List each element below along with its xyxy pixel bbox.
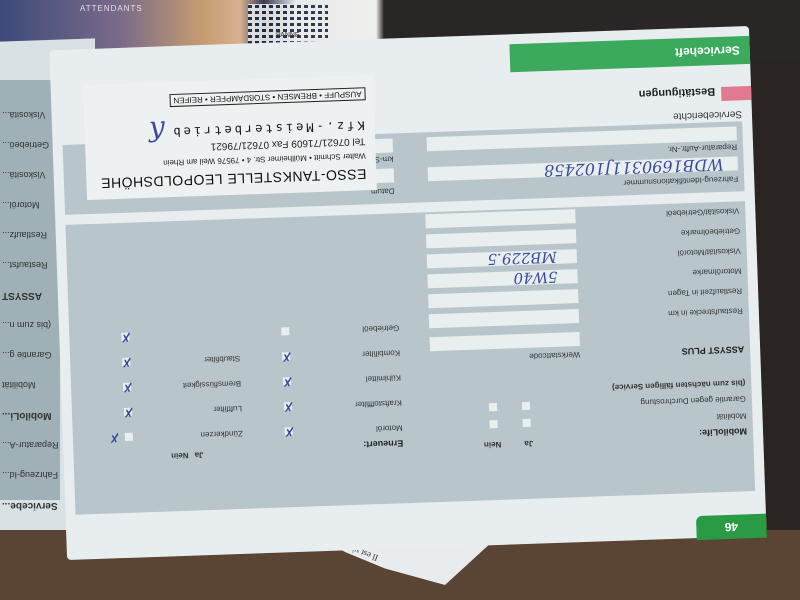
mobilolife-0-nein[interactable] xyxy=(489,420,497,428)
handwritten-check-icon: ✗ xyxy=(282,375,293,388)
handwritten-check-icon: ✗ xyxy=(283,400,294,413)
erneuert-right-0-checkbox[interactable] xyxy=(125,433,133,441)
left-page-label: Fahrzeug-Id... xyxy=(2,470,58,480)
signature: ʎ xyxy=(148,114,165,148)
mobilolife-1-ja[interactable] xyxy=(522,402,530,410)
handwritten-check-icon: ✗ xyxy=(121,356,132,369)
flyer-text: ATTENDANTS xyxy=(80,4,143,13)
handwritten-check-icon: ✗ xyxy=(109,431,120,444)
stamp-services: AUSPUFF • BREMSEN • STOßDÄMPFER • REIFEN xyxy=(169,87,366,107)
erneuert-item-label: Kombifilter xyxy=(362,348,400,358)
left-page-label: Restaufst... xyxy=(2,260,48,270)
erneuert-title: Erneuert: xyxy=(363,438,403,449)
handwritten-check-icon: ✗ xyxy=(120,331,131,344)
mobilolife-1-nein[interactable] xyxy=(489,403,497,411)
workshop-code-label: Werkstattcode xyxy=(529,350,580,361)
erneuert-item-label: Kraftstofffilter xyxy=(355,398,402,409)
workshop-stamp-area: ESSO-TANKSTELLE LEOPOLDSHÖHE Walter Schm… xyxy=(83,75,377,200)
erneuert-item-label: Kühlmittel xyxy=(366,373,401,383)
left-page-label: Restlaufz... xyxy=(2,230,47,240)
left-page-label: Viskositä... xyxy=(2,170,45,180)
left-page-label: Viskositä... xyxy=(2,110,45,120)
service-form-block xyxy=(65,201,755,515)
handwritten-check-icon: ✗ xyxy=(281,350,292,363)
erneuert-col-no: Nein xyxy=(171,451,189,461)
assyst-field-value: MB229.5 xyxy=(487,248,557,268)
qr-label: PANNE xyxy=(276,32,300,39)
erneuert-item-label: Getriebeöl xyxy=(362,323,399,333)
mobilolife-col-yes: Ja xyxy=(524,439,533,448)
handwritten-check-icon: ✗ xyxy=(123,406,134,419)
mobilolife-item-0: Mobilität xyxy=(717,411,747,421)
erneuert-item-label: Staubfilter xyxy=(204,354,240,364)
stamp-address: Walter Schmitt • Müllheimer Str. 4 • 795… xyxy=(163,151,366,167)
stamp-phone-fax: Tel 07621/71609 Fax 07621/79621 xyxy=(211,135,366,151)
erneuert-item-label: Zündkerzen xyxy=(200,429,243,439)
left-page-label: Garantie g... xyxy=(2,350,52,360)
left-page-label: Getriebeö... xyxy=(2,140,49,150)
mobilolife-0-ja[interactable] xyxy=(522,419,530,427)
assyst-field-label: Motorölmarke xyxy=(692,266,741,277)
mobilolife-title: MobiloLife: xyxy=(699,426,747,438)
erneuert-left-4-checkbox[interactable] xyxy=(281,327,289,335)
left-page-label: ASSYST xyxy=(2,290,42,301)
left-page-label: Mobilität xyxy=(2,380,36,390)
left-page-label: Servicebe... xyxy=(2,500,58,511)
mobilolife-col-no: Nein xyxy=(484,440,502,450)
erneuert-item-label: Motoröl xyxy=(376,423,403,433)
left-page-label: Motoröl... xyxy=(2,200,40,210)
assyst-field-value: 5W40 xyxy=(513,268,558,288)
left-page-label: (bis zum n... xyxy=(2,320,51,330)
left-page-label: Reparatur-A... xyxy=(2,440,59,450)
erneuert-col-yes: Ja xyxy=(194,450,203,459)
page-number: 46 xyxy=(696,514,767,540)
erneuert-item-label: Luftfilter xyxy=(213,404,242,414)
left-page-label: MobiloLi... xyxy=(2,410,51,421)
handwritten-check-icon: ✗ xyxy=(122,381,133,394)
stamp-station-name: ESSO-TANKSTELLE LEOPOLDSHÖHE xyxy=(100,166,366,191)
pink-marker xyxy=(721,86,751,101)
handwritten-check-icon: ✗ xyxy=(284,425,295,438)
